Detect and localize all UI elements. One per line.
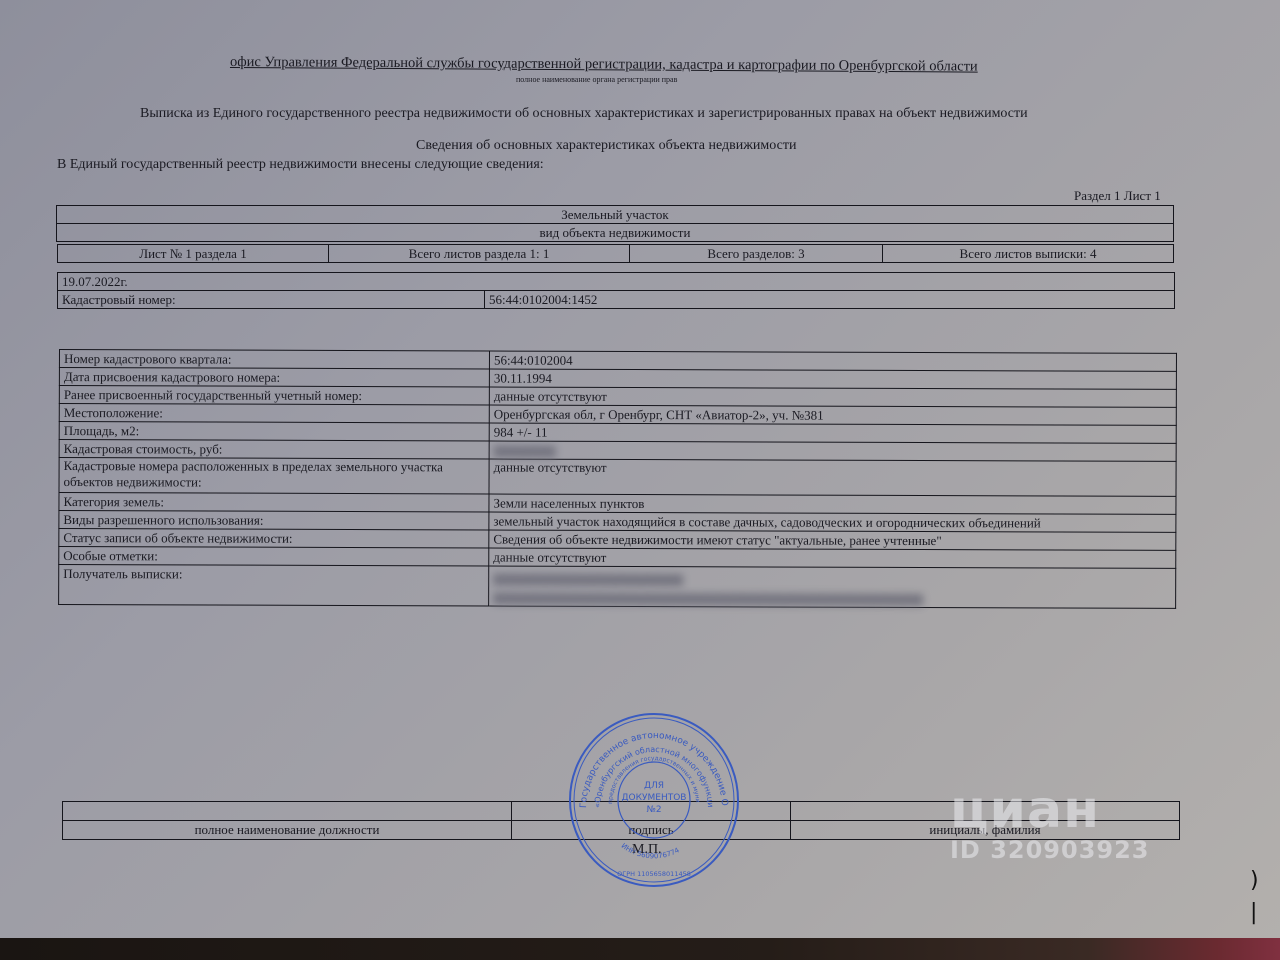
svg-text:Государственное автономное учр: Государственное автономное учреждение Ор… <box>566 708 729 808</box>
redacted-value <box>494 446 556 458</box>
row-label: Особые отметки: <box>59 547 489 567</box>
row-label: Виды разрешенного использования: <box>59 511 489 531</box>
row-value: 30.11.1994 <box>489 369 1176 389</box>
svg-text:«Оренбургский областной многоф: «Оренбургский областной многофункциональ… <box>566 708 715 808</box>
row-value: 56:44:0102004 <box>489 351 1176 371</box>
row-value: Сведения об объекте недвижимости имеют с… <box>489 530 1176 550</box>
date-cadastral-table: 19.07.2022г. Кадастровый номер: 56:44:01… <box>57 272 1175 309</box>
object-type-table: Земельный участок вид объекта недвижимос… <box>56 205 1174 242</box>
table-row: Получатель выписки: <box>59 565 1176 609</box>
row-label: Кадастровые номера расположенных в преде… <box>59 458 489 495</box>
row-value: Земли населенных пунктов <box>489 494 1176 514</box>
intro-text: В Единый государственный реестр недвижим… <box>57 157 544 173</box>
characteristics-table: Номер кадастрового квартала: 56:44:01020… <box>58 349 1177 609</box>
redacted-recipient-line1 <box>493 574 683 587</box>
document-page: офис Управления Федеральной службы госуд… <box>0 0 1280 940</box>
row-label: Получатель выписки: <box>59 565 489 607</box>
svg-text:предоставления государственных: предоставления государственных и муницип… <box>566 708 701 804</box>
object-type: Земельный участок <box>57 206 1174 224</box>
watermark: циан ID 320903923 <box>950 780 1150 864</box>
cadastral-value-redacted <box>489 441 1176 461</box>
sheet-number: Лист № 1 раздела 1 <box>58 245 329 263</box>
signature-caption: подпись <box>512 821 791 840</box>
object-type-caption: вид объекта недвижимости <box>57 224 1174 242</box>
total-sheets-extract: Всего листов выписки: 4 <box>883 245 1174 263</box>
official-stamp-icon: Государственное автономное учреждение Ор… <box>566 708 742 888</box>
binder-clip-icon: ) <box>1250 868 1259 893</box>
total-sheets-section: Всего листов раздела 1: 1 <box>329 245 630 263</box>
watermark-logo: циан <box>950 780 1150 840</box>
watermark-id: ID 320903923 <box>950 836 1150 864</box>
table-surface <box>0 938 1280 960</box>
row-value: 984 +/- 11 <box>489 423 1176 443</box>
position-caption: полное наименование должности <box>63 821 512 840</box>
cadastral-number-label: Кадастровый номер: <box>58 291 485 309</box>
row-value: данные отсутствуют <box>489 548 1176 568</box>
row-label: Кадастровая стоимость, руб: <box>59 440 489 460</box>
svg-text:ДЛЯ: ДЛЯ <box>644 781 664 791</box>
row-value: земельный участок находящийся в составе … <box>489 512 1176 532</box>
table-row: Кадастровые номера расположенных в преде… <box>59 458 1176 497</box>
row-value: Оренбургская обл, г Оренбург, СНТ «Авиат… <box>489 405 1176 425</box>
row-label: Ранее присвоенный государственный учетны… <box>59 386 489 406</box>
position-field <box>63 802 512 821</box>
extract-date: 19.07.2022г. <box>58 273 1175 291</box>
row-label: Местоположение: <box>59 404 489 424</box>
office-title: офис Управления Федеральной службы госуд… <box>230 54 978 76</box>
row-label: Статус записи об объекте недвижимости: <box>59 529 489 549</box>
recipient-redacted <box>489 566 1176 608</box>
office-subtitle: полное наименование органа регистрации п… <box>516 75 677 84</box>
row-label: Категория земель: <box>59 493 489 513</box>
section-title: Сведения об основных характеристиках объ… <box>416 138 796 154</box>
signature-field <box>512 802 791 821</box>
row-label: Номер кадастрового квартала: <box>59 350 489 370</box>
cadastral-number-value: 56:44:0102004:1452 <box>485 291 1175 309</box>
extract-title: Выписка из Единого государственного реес… <box>140 106 1028 122</box>
svg-text:ОГРН 1105658011458: ОГРН 1105658011458 <box>617 870 691 878</box>
binder-clip-icon: | <box>1250 900 1257 925</box>
row-label: Дата присвоения кадастрового номера: <box>59 368 489 388</box>
total-sections: Всего разделов: 3 <box>630 245 883 263</box>
section-reference: Раздел 1 Лист 1 <box>1074 188 1161 204</box>
sheets-table: Лист № 1 раздела 1 Всего листов раздела … <box>57 244 1174 263</box>
row-value: данные отсутствуют <box>489 387 1176 407</box>
seal-caption: М.П. <box>632 842 662 858</box>
redacted-recipient-line2 <box>493 593 923 607</box>
row-value: данные отсутствуют <box>489 459 1176 496</box>
row-label: Площадь, м2: <box>59 422 489 442</box>
